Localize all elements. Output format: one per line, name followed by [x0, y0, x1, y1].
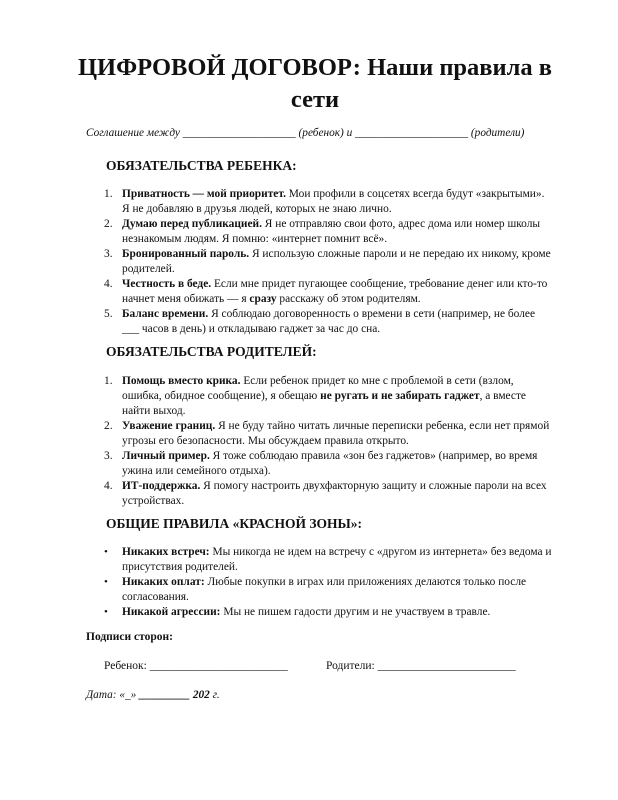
- list-item: 2.Уважение границ. Я не буду тайно читат…: [104, 419, 554, 449]
- parents-signature: Родители: ________________________: [326, 660, 516, 672]
- bullet-icon: •: [104, 575, 108, 590]
- parents-signature-line: ________________________: [378, 660, 516, 672]
- bullet-icon: •: [104, 545, 108, 560]
- list-item: 3.Бронированный пароль. Я использую слож…: [104, 247, 554, 277]
- list-item: 1.Приватность — мой приоритет. Мои профи…: [104, 187, 554, 217]
- agreement-prefix: Соглашение между: [86, 127, 180, 139]
- red-zone-rules-list: •Никаких встреч: Мы никогда не идем на в…: [104, 545, 554, 620]
- parent-obligations-list: 1.Помощь вместо крика. Если ребенок прид…: [104, 374, 554, 509]
- agreement-line: Соглашение между ____________________ (р…: [86, 127, 524, 139]
- child-label: (ребенок) и: [299, 127, 353, 139]
- bullet-icon: •: [104, 605, 108, 620]
- list-item: 3.Личный пример. Я тоже соблюдаю правила…: [104, 449, 554, 479]
- parents-name-blank: ____________________: [355, 127, 468, 139]
- date-year: 202: [193, 689, 210, 701]
- section-heading-parents: ОБЯЗАТЕЛЬСТВА РОДИТЕЛЕЙ:: [106, 344, 317, 360]
- list-item: •Никакой агрессии: Мы не пишем гадости д…: [104, 605, 554, 620]
- section-heading-child: ОБЯЗАТЕЛЬСТВА РЕБЕНКА:: [106, 158, 297, 174]
- child-obligations-list: 1.Приватность — мой приоритет. Мои профи…: [104, 187, 554, 337]
- child-signature-label: Ребенок:: [104, 660, 147, 672]
- list-item: 1.Помощь вместо крика. Если ребенок прид…: [104, 374, 554, 419]
- list-item: 4.ИТ-поддержка. Я помогу настроить двухф…: [104, 479, 554, 509]
- date-label: Дата: «_»: [86, 689, 136, 701]
- date-blank: _________: [139, 689, 190, 701]
- list-item: •Никаких оплат: Любые покупки в играх ил…: [104, 575, 554, 605]
- list-item: 4.Честность в беде. Если мне придет пуга…: [104, 277, 554, 307]
- document-page: ЦИФРОВОЙ ДОГОВОР: Наши правила в сети Со…: [0, 0, 618, 800]
- signatures-title: Подписи сторон:: [86, 631, 173, 643]
- child-signature-line: ________________________: [150, 660, 288, 672]
- list-item: 5.Баланс времени. Я соблюдаю договоренно…: [104, 307, 554, 337]
- parents-label: (родители): [471, 127, 525, 139]
- child-name-blank: ____________________: [183, 127, 296, 139]
- list-item: •Никаких встреч: Мы никогда не идем на в…: [104, 545, 554, 575]
- parents-signature-label: Родители:: [326, 660, 375, 672]
- section-heading-red-zone: ОБЩИЕ ПРАВИЛА «КРАСНОЙ ЗОНЫ»:: [106, 516, 362, 532]
- date-suffix: г.: [213, 689, 220, 701]
- document-title: ЦИФРОВОЙ ДОГОВОР: Наши правила в сети: [60, 52, 570, 116]
- list-item: 2.Думаю перед публикацией. Я не отправля…: [104, 217, 554, 247]
- date-line: Дата: «_» _________ 202 г.: [86, 689, 220, 701]
- child-signature: Ребенок: ________________________: [104, 660, 288, 672]
